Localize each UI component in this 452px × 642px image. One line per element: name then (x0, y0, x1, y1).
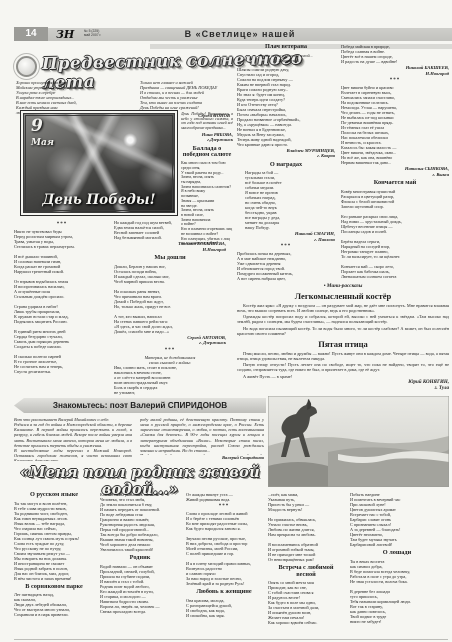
author-smagin: Николай СМАГИН, г. Павлово (237, 231, 335, 242)
section-title: В «Светлице» нашей (120, 29, 360, 39)
stars-separator: *** (14, 222, 110, 227)
epigraph-isakovsky: Время сеется старою золой... М. Исаковск… (237, 53, 335, 63)
victory-day-image: 9 Мая День Победы! (20, 110, 178, 216)
bonfire-paragraph: Однажды костёр попросил воду и собрался,… (237, 314, 449, 324)
awards-title: О наградах (237, 162, 335, 169)
bonfire-paragraph: Костёр жил ярко: «Я дружу с воздухом — о… (237, 303, 449, 313)
intro-poem-right: Только нет главнее и важней Праздника — … (140, 80, 232, 110)
veteran-lament-poem: Шляпы сожгли родную дачу, Спустили сад и… (237, 67, 335, 147)
songs-poem: Слова о прохладе лесной и живой И о берё… (186, 511, 262, 586)
author-baksheev: Николай БАКШЕЕВ, Н.Новгород (341, 65, 449, 76)
column-d: Победа майская в природе, Победа славная… (341, 44, 449, 278)
author-konyagin: Юрий КОНЯГИН, г. Тула (237, 380, 449, 392)
love-woman-poem: Она красива, молода, С разгорающейся душ… (186, 598, 262, 618)
author-bobysheva: Татьяна БОБЫШЕВА, Н.Новгород (114, 241, 226, 252)
fifth-bird-paragraph: Пятую птицу отпусти! Пусть летает она по… (237, 362, 449, 372)
may-ends-title: Кончается май (341, 180, 449, 187)
victory-date: 9 Мая (31, 119, 54, 148)
stars-separator: *** (114, 348, 226, 353)
nightingale-poem-end: Но каждый год под шум ветвей, Едва земля… (114, 220, 226, 240)
mini-stories: • Мини-рассказы Легкомысленный костёр Ко… (237, 281, 449, 395)
fifth-bird-paragraph: А живёт Пусть — в храме! (237, 374, 449, 379)
bonfire-paragraph: Но вода погасила пылающий костёр. То ли … (237, 326, 449, 336)
may-ends-poem: Ковёр многотравья пушистый Раскрылся в ц… (341, 189, 449, 278)
bottom-column-1: О русском языке Ты так могуч и волн полё… (14, 492, 94, 638)
beloved-spring-title: Встреча с любимой весной (268, 565, 344, 578)
landscape-horse-image (268, 396, 449, 487)
author-synkova: Наталья СЫНКОВА, г. Выкса (341, 166, 449, 177)
buds-poem: Пробилась почка на деревьях, А в мае май… (237, 251, 335, 282)
issue-info: № 5 (225) май 2007 г. (84, 29, 124, 37)
sun-icon (16, 56, 37, 77)
page-number: 14 (14, 27, 48, 41)
mini-stories-kicker: • Мини-рассказы (237, 283, 449, 289)
swan-poem: Как хотел бы услышать потомок Человека, … (100, 492, 180, 552)
bottom-column-2: Как хотел бы услышать потомок Человека, … (100, 492, 180, 638)
bonfire-story-title: Легкомысленный костёр (237, 291, 449, 301)
bottom-column-3: От жажды никнут уста — Живой родниковая … (186, 492, 262, 638)
mothers-dedication: Матерям, не дождавшимся своих сыновей с … (114, 355, 226, 365)
bottom-column-5: Побыть наедине И помечтать в вечерний ча… (350, 492, 444, 638)
cherry-blossom-poem: Цвет вишни буйно и красиво Взлетает в си… (341, 85, 449, 165)
mama-poem: ...поёт, как мама, Указывая путь, Присес… (268, 492, 344, 562)
author-antonov: Сергей АНТОНОВ, г. Дзержинск (114, 335, 226, 346)
thirst-opener: От жажды никнут уста — Живой родниковая … (186, 492, 262, 502)
stars-separator: *** (341, 78, 449, 83)
veteran-lament-title: Плач ветерана (237, 44, 335, 51)
bio-left: Вот что рассказывает Валерий Михайлович … (14, 417, 132, 461)
victory-caption: День Победы! (21, 192, 177, 208)
ballada-author: Нина РЯБОВА, г.Дзержинск (181, 132, 233, 143)
russian-language-title: О русском языке (14, 492, 94, 499)
ballada-intro: День Победы! Вырвавшись в небо у столичн… (181, 112, 233, 131)
column-a: *** Никто не чувствовал беды Перед росис… (14, 220, 110, 396)
horse-poem: Ты в веках воспета как символ добра, В б… (350, 559, 444, 624)
mothers-poem: Ива, словно мать, стоит в поклоне, накло… (114, 365, 226, 396)
stars-separator: *** (237, 244, 335, 249)
fifth-bird-title: Пятая птица (237, 339, 449, 349)
spring-title: Родник (100, 555, 180, 562)
war-poem: Никто не чувствовал беды Перед росистым … (14, 229, 110, 374)
horse-title: О лошади (350, 550, 444, 557)
fifth-bird-paragraph: Птиц мысли, песни, любви и дружбы — важн… (237, 351, 449, 361)
column-b: Но каждый год под шум ветвей, Едва земля… (114, 220, 226, 396)
weed-park-title: В сорняковом парке (14, 584, 94, 591)
bio-signature: Валерий Спиридонов (140, 455, 264, 460)
spring-poem: Водой назвали — он объявит Прохладной, с… (100, 564, 180, 614)
author-murzintsev: Владлен МУРЗИНЦЕВ, г. Ковров (237, 148, 335, 159)
my-doshli-poem: Дошли, Берлин у наших ног, Осталась поза… (114, 264, 226, 334)
my-doshli-title: Мы дошли (114, 255, 226, 262)
newspaper-logo: ЗН (56, 28, 74, 41)
column-c: Плач ветерана Время сеется старою золой.… (237, 44, 335, 282)
love-woman-title: Любовь к женщине (186, 589, 262, 596)
beloved-spring-poem: Опять со мной мечта моя Приходит, как во… (268, 580, 344, 625)
footer-rule (14, 639, 448, 640)
bio-right: роду малой родины, её девственную красот… (140, 417, 264, 455)
may-victory-poem: Победа майская в природе, Победа славная… (341, 44, 449, 64)
weed-park-poem: Лет пятнадцать назад, как сказали, Люди … (14, 592, 94, 617)
ballada-title: Баллада о победном салюте (181, 146, 233, 159)
stars-separator: *** (186, 504, 262, 509)
russian-language-poem: Ты так могуч и волн полётен, В тебе слав… (14, 501, 94, 581)
meet-the-poet-banner: Знакомьтесь: поэт Валерий СПИРИДОНОВ (14, 398, 266, 413)
barberry-poem: Побыть наедине И помечтать в вечерний ча… (350, 492, 444, 547)
bottom-column-4: ...поёт, как мама, Указывая путь, Присес… (268, 492, 344, 638)
newspaper-page: 14 ЗН № 5 (225) май 2007 г. В «Светлице»… (0, 0, 452, 642)
awards-poem: Награды за бой — тусклыми стали, всё бол… (237, 170, 335, 230)
